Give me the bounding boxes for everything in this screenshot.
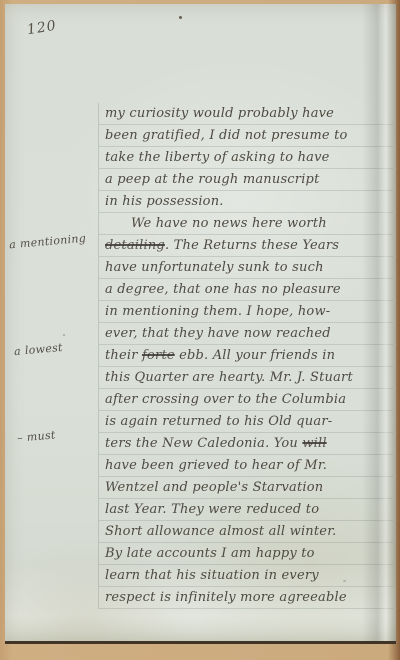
handwritten-text: in mentioning them. I hope, how- xyxy=(105,304,330,319)
handwritten-text: ever, that they have now reached xyxy=(105,326,331,341)
text-line: have been grieved to hear of Mr. xyxy=(99,455,393,477)
text-line: take the liberty of asking to have xyxy=(99,147,393,169)
text-line: this Quarter are hearty. Mr. J. Stuart xyxy=(99,367,393,389)
struck-word: detailing xyxy=(105,238,165,253)
handwritten-text: Short allowance almost all winter. xyxy=(105,524,337,539)
margin-note: –must xyxy=(17,428,57,444)
margin-note: amentioning xyxy=(9,232,87,252)
text-line: ever, that they have now reached xyxy=(99,323,393,345)
handwritten-text: a degree, that one has no pleasure xyxy=(105,282,341,297)
handwritten-text: is again returned to his Old quar- xyxy=(105,414,332,429)
handwritten-text: ebb. All your friends in xyxy=(175,348,335,363)
handwritten-text: in his possession. xyxy=(105,194,224,209)
handwritten-text: respect is infinitely more agreeable xyxy=(105,590,347,605)
handwritten-text: a peep at the rough manuscript xyxy=(105,172,320,187)
text-line: in mentioning them. I hope, how- xyxy=(99,301,393,323)
margin-note: alowest xyxy=(14,341,64,358)
text-line: last Year. They were reduced to xyxy=(99,499,393,521)
text-line: By late accounts I am happy to xyxy=(99,543,393,565)
text-line: is again returned to his Old quar- xyxy=(99,411,393,433)
insertion-marker: a xyxy=(9,238,17,252)
handwritten-text: ters the New Caledonia. You xyxy=(105,436,302,451)
ink-speck xyxy=(63,334,65,336)
margin-note-text: mentioning xyxy=(19,232,86,251)
manuscript-text: my curiosity would probably havebeen gra… xyxy=(98,103,393,609)
text-line: my curiosity would probably have xyxy=(99,103,393,125)
text-line: in his possession. xyxy=(99,191,393,213)
text-line: detailing. The Returns these Years xyxy=(99,235,393,257)
text-line: after crossing over to the Columbia xyxy=(99,389,393,411)
handwritten-text: By late accounts I am happy to xyxy=(105,546,315,561)
handwritten-text: take the liberty of asking to have xyxy=(105,150,330,165)
manuscript-scan: 120 amentioningalowest–must my curiosity… xyxy=(0,0,400,660)
handwritten-text: after crossing over to the Columbia xyxy=(105,392,346,407)
text-line: Short allowance almost all winter. xyxy=(99,521,393,543)
text-line: been gratified, I did not presume to xyxy=(99,125,393,147)
ink-speck xyxy=(179,16,182,19)
handwritten-text: been gratified, I did not presume to xyxy=(105,128,348,143)
handwritten-text: this Quarter are hearty. Mr. J. Stuart xyxy=(105,370,353,385)
handwritten-text: last Year. They were reduced to xyxy=(105,502,319,517)
handwritten-text: have been grieved to hear of Mr. xyxy=(105,458,327,473)
text-line: a peep at the rough manuscript xyxy=(99,169,393,191)
page-number: 120 xyxy=(26,18,58,38)
text-line: ters the New Caledonia. You will xyxy=(99,433,393,455)
margin-note-text: must xyxy=(26,428,56,443)
text-line: Wentzel and people's Starvation xyxy=(99,477,393,499)
text-line: respect is infinitely more agreeable xyxy=(99,587,393,609)
handwritten-text: Wentzel and people's Starvation xyxy=(105,480,323,495)
text-line: learn that his situation in every xyxy=(99,565,393,587)
handwritten-text: have unfortunately sunk to such xyxy=(105,260,324,275)
text-line: their forte ebb. All your friends in xyxy=(99,345,393,367)
handwritten-text: my curiosity would probably have xyxy=(105,106,334,121)
manuscript-page: 120 amentioningalowest–must my curiosity… xyxy=(5,4,396,644)
margin-note-text: lowest xyxy=(24,341,63,357)
struck-word: forte xyxy=(142,348,175,363)
text-line: have unfortunately sunk to such xyxy=(99,257,393,279)
insertion-marker: – xyxy=(17,431,24,444)
insertion-marker: a xyxy=(14,345,22,359)
text-line: a degree, that one has no pleasure xyxy=(99,279,393,301)
handwritten-text: . The Returns these Years xyxy=(165,238,339,253)
struck-word: will xyxy=(302,436,326,451)
handwritten-text: their xyxy=(105,348,142,363)
handwritten-text: We have no news here worth xyxy=(131,216,327,231)
handwritten-text: learn that his situation in every xyxy=(105,568,319,583)
text-line: We have no news here worth xyxy=(99,213,393,235)
